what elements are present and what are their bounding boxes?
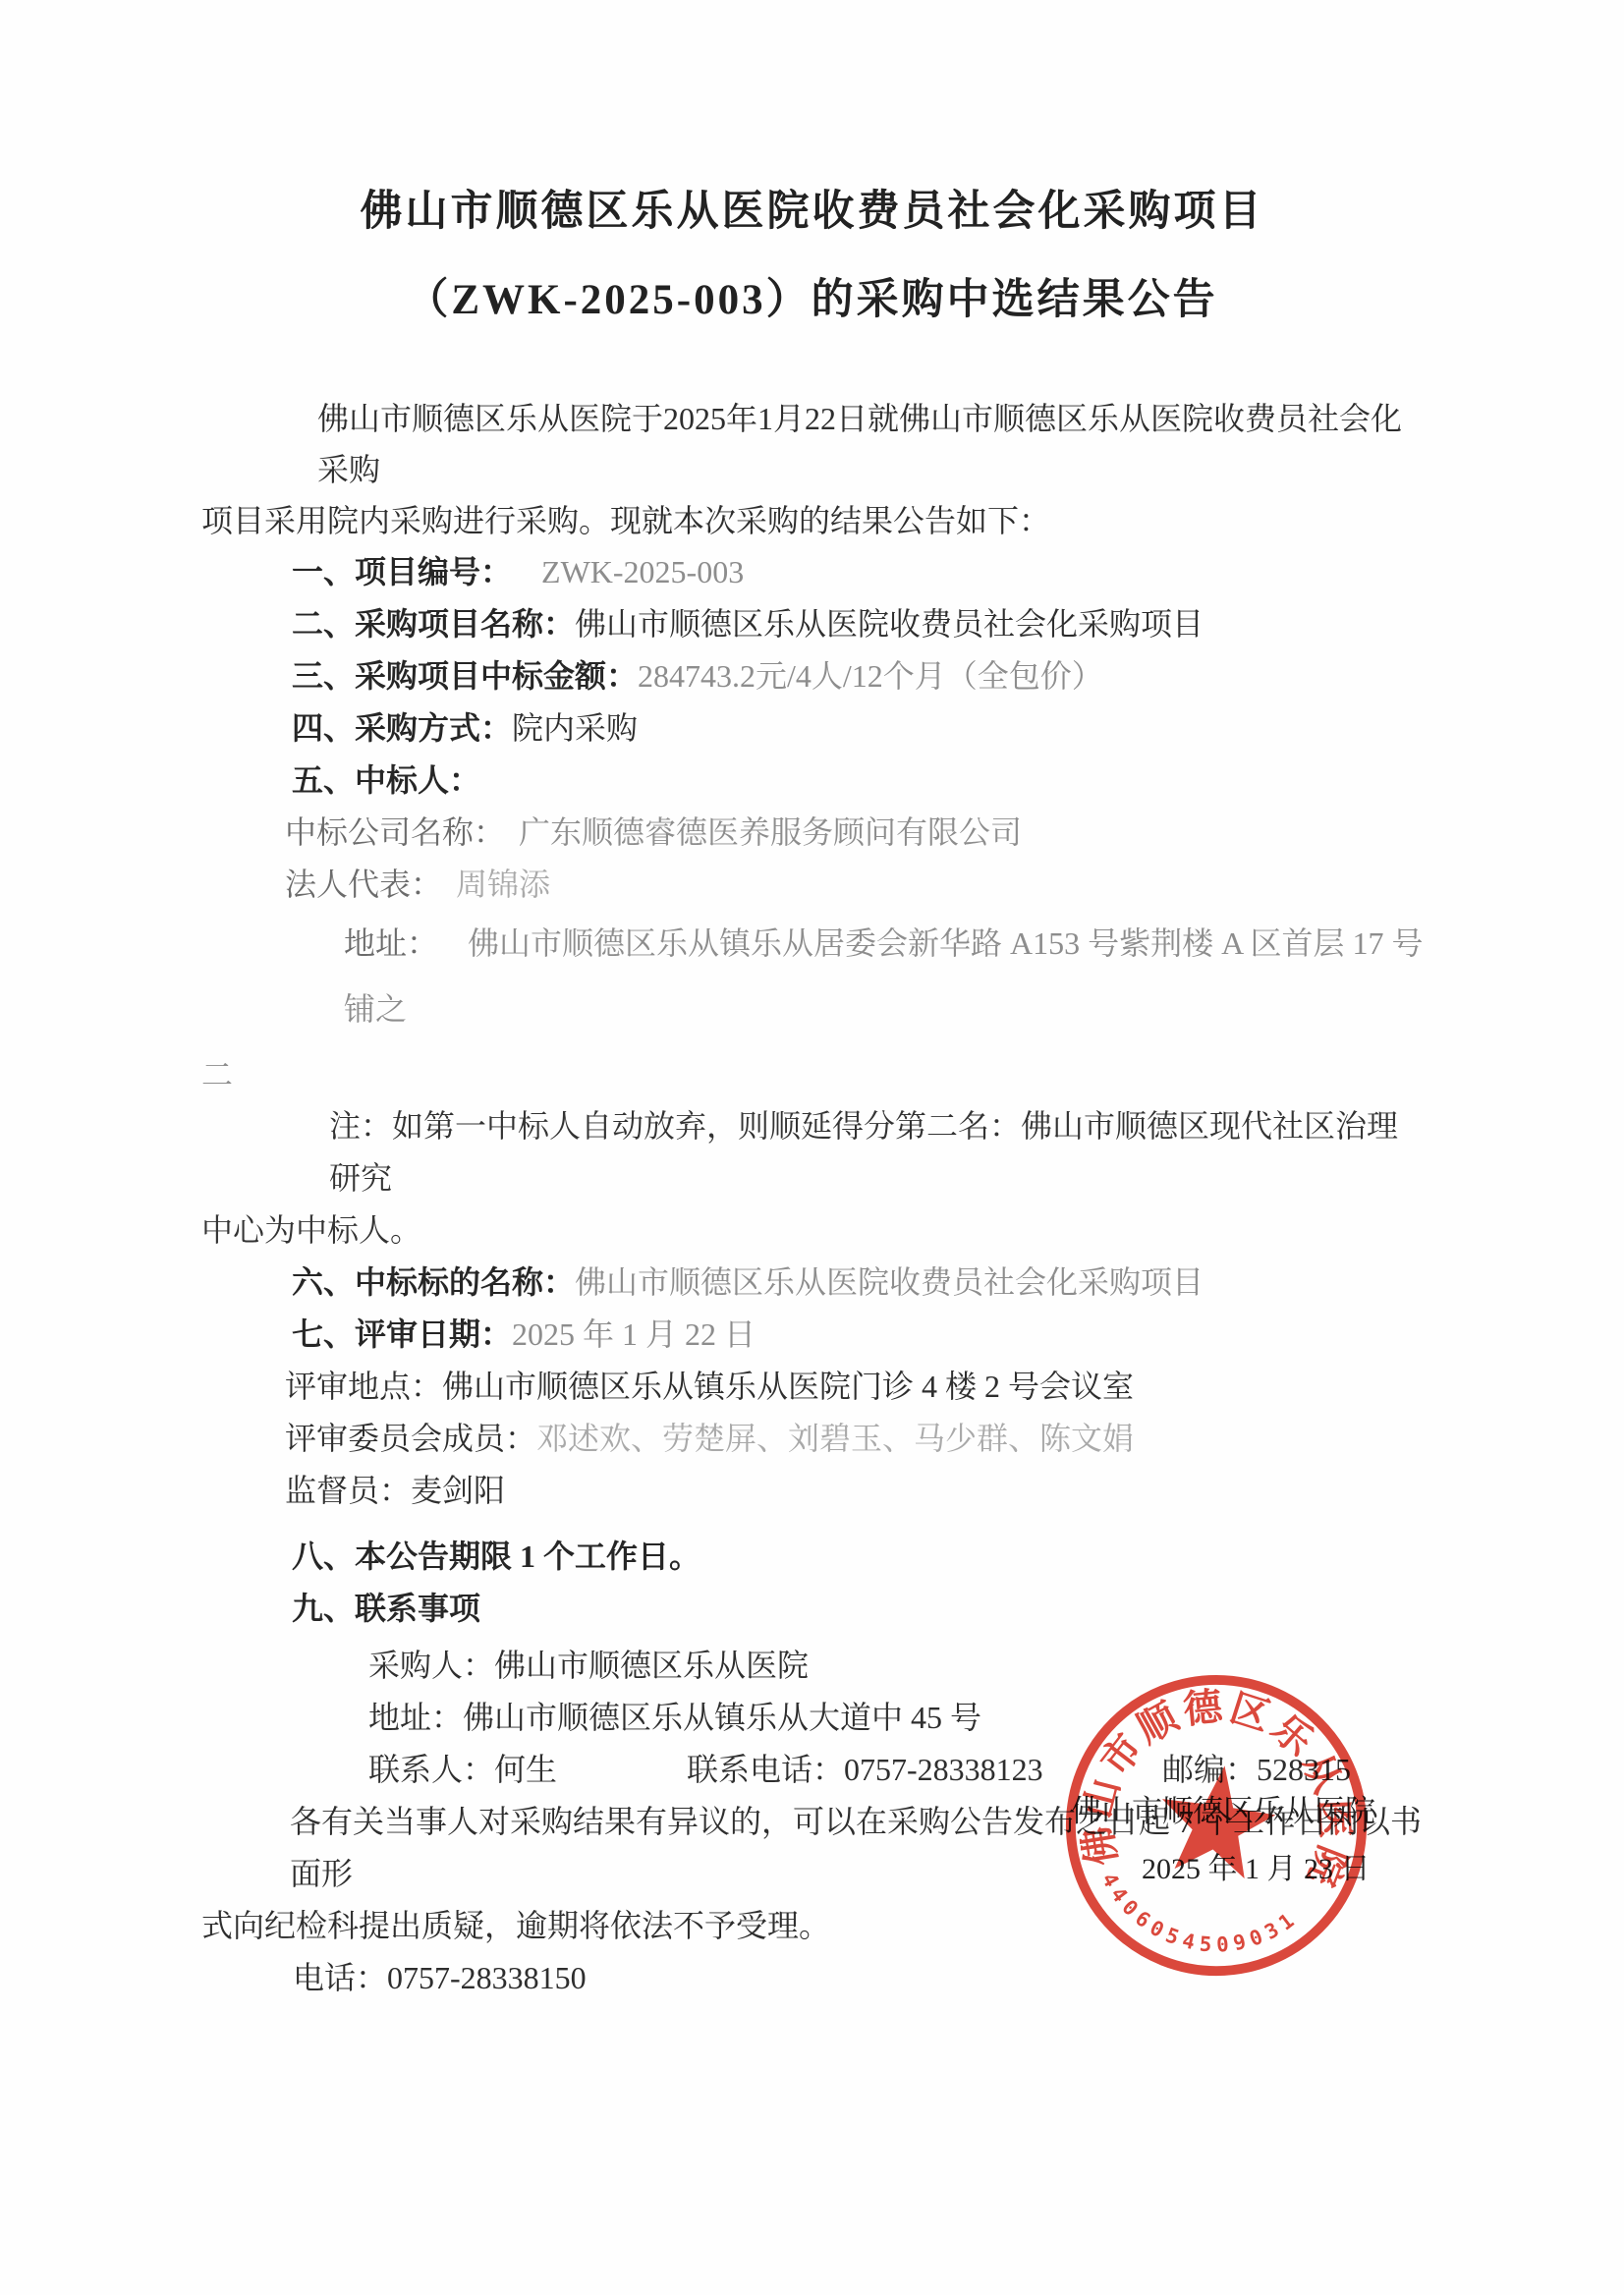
committee-value: 邓述欢、劳楚屏、刘碧玉、马少群、陈文娟 — [536, 1421, 1134, 1456]
winner-address-paragraph: 地址：佛山市顺德区乐从镇乐从居委会新华路 A153 号紫荆楼 A 区首层 17 … — [201, 911, 1428, 1108]
announcement-document: 佛山市顺德区乐从医院收费员社会化采购项目 （ZWK-2025-003）的采购中选… — [0, 0, 1624, 2295]
contact-value: 何生 — [494, 1752, 557, 1787]
legal-value: 周锦添 — [456, 867, 550, 902]
item-procurement-method: 四、采购方式：院内采购 — [0, 702, 1624, 755]
document-page: 佛山市顺德区乐从医院收费员社会化采购项目 （ZWK-2025-003）的采购中选… — [0, 0, 1624, 2295]
item-label: 一、项目编号： — [292, 554, 512, 589]
supervisor-line: 监督员：麦剑阳 — [0, 1465, 1624, 1517]
item-label: 六、中标标的名称： — [292, 1264, 575, 1300]
supervisor-label: 监督员： — [285, 1473, 411, 1508]
buyer-value: 佛山市顺德区乐从医院 — [494, 1648, 809, 1683]
winner-address-line-2: 二 — [201, 1042, 1428, 1108]
item-value: ZWK-2025-003 — [541, 554, 744, 589]
item-review-date: 七、评审日期：2025 年 1 月 22 日 — [0, 1309, 1624, 1361]
tel-value: 0757-28338150 — [387, 1960, 587, 1995]
venue-label: 评审地点： — [285, 1369, 442, 1404]
intro-line-2: 项目采用院内采购进行采购。现就本次采购的结果公告如下： — [201, 495, 1428, 546]
intro-line-1: 佛山市顺德区乐从医院于2025年1月22日就佛山市顺德区乐从医院收费员社会化采购 — [201, 393, 1428, 495]
official-seal: 佛山市顺德区乐从医院 4406054509031 — [1061, 1670, 1372, 1981]
address-label: 地址： — [344, 925, 438, 961]
legal-representative-line: 法人代表：周锦添 — [0, 859, 1624, 911]
tel-label: 电话： — [293, 1960, 387, 1995]
page-title-line1: 佛山市顺德区乐从医院收费员社会化采购项目 — [0, 185, 1624, 240]
item-value: 2025 年 1 月 22 日 — [512, 1316, 756, 1352]
buyer-address-label: 地址： — [368, 1700, 463, 1735]
note-line-1: 注：如第一中标人自动放弃，则顺延得分第二名：佛山市顺德区现代社区治理研究 — [201, 1100, 1428, 1204]
venue-value: 佛山市顺德区乐从镇乐从医院门诊 4 楼 2 号会议室 — [442, 1369, 1134, 1404]
seal-star-icon — [1152, 1758, 1281, 1881]
buyer-address-value: 佛山市顺德区乐从镇乐从大道中 45 号 — [463, 1700, 981, 1735]
item-value: 院内采购 — [512, 710, 638, 746]
page-title-line2: （ZWK-2025-003）的采购中选结果公告 — [0, 273, 1624, 328]
item-label: 四、采购方式： — [292, 710, 512, 746]
winner-address-line-1: 地址：佛山市顺德区乐从镇乐从居委会新华路 A153 号紫荆楼 A 区首层 17 … — [201, 911, 1428, 1042]
phone-label: 联系电话： — [687, 1752, 844, 1787]
item-announcement-period: 八、本公告期限 1 个工作日。 — [0, 1531, 1624, 1583]
supervisor-value: 麦剑阳 — [411, 1473, 505, 1508]
item-contact-heading: 九、联系事项 — [0, 1583, 1624, 1635]
item-project-number: 一、项目编号：ZWK-2025-003 — [0, 546, 1624, 598]
company-label: 中标公司名称： — [285, 814, 505, 850]
item-value: 佛山市顺德区乐从医院收费员社会化采购项目 — [575, 606, 1204, 642]
legal-label: 法人代表： — [285, 867, 442, 902]
phone-value: 0757-28338123 — [844, 1752, 1043, 1787]
item-winner-heading: 五、中标人： — [0, 755, 1624, 807]
item-label: 二、采购项目名称： — [292, 606, 575, 642]
item-project-name: 二、采购项目名称：佛山市顺德区乐从医院收费员社会化采购项目 — [0, 598, 1624, 650]
signature-block: 佛山市顺德区乐从医院 2025 年 1 月 23 日 佛山市顺德区乐从医院 — [1051, 1660, 1381, 1990]
item-label: 三、采购项目中标金额： — [292, 658, 638, 694]
address-value: 佛山市顺德区乐从镇乐从居委会新华路 A153 号紫荆楼 A 区首层 17 号铺之 — [344, 925, 1423, 1027]
item-value: 284743.2元/4人/12个月（全包价） — [638, 658, 1103, 694]
item-value: 佛山市顺德区乐从医院收费员社会化采购项目 — [575, 1264, 1204, 1300]
intro-paragraph: 佛山市顺德区乐从医院于2025年1月22日就佛山市顺德区乐从医院收费员社会化采购… — [201, 393, 1428, 546]
item-label: 八、本公告期限 1 个工作日。 — [292, 1539, 700, 1574]
winner-company-line: 中标公司名称：广东顺德睿德医养服务顾问有限公司 — [0, 807, 1624, 859]
review-venue-line: 评审地点：佛山市顺德区乐从镇乐从医院门诊 4 楼 2 号会议室 — [0, 1361, 1624, 1413]
note-line-2: 中心为中标人。 — [201, 1204, 1428, 1257]
review-committee-line: 评审委员会成员：邓述欢、劳楚屏、刘碧玉、马少群、陈文娟 — [0, 1413, 1624, 1465]
item-award-amount: 三、采购项目中标金额：284743.2元/4人/12个月（全包价） — [0, 650, 1624, 702]
item-award-subject: 六、中标标的名称：佛山市顺德区乐从医院收费员社会化采购项目 — [0, 1257, 1624, 1309]
buyer-label: 采购人： — [368, 1648, 494, 1683]
contact-label: 联系人： — [368, 1752, 494, 1787]
committee-label: 评审委员会成员： — [285, 1421, 536, 1456]
company-value: 广东顺德睿德医养服务顾问有限公司 — [519, 814, 1022, 850]
item-label: 九、联系事项 — [292, 1591, 480, 1626]
note-paragraph: 注：如第一中标人自动放弃，则顺延得分第二名：佛山市顺德区现代社区治理研究 中心为… — [201, 1100, 1428, 1257]
item-label: 五、中标人： — [292, 762, 480, 798]
item-label: 七、评审日期： — [292, 1316, 512, 1352]
contact-person: 联系人：何生 — [368, 1744, 687, 1796]
